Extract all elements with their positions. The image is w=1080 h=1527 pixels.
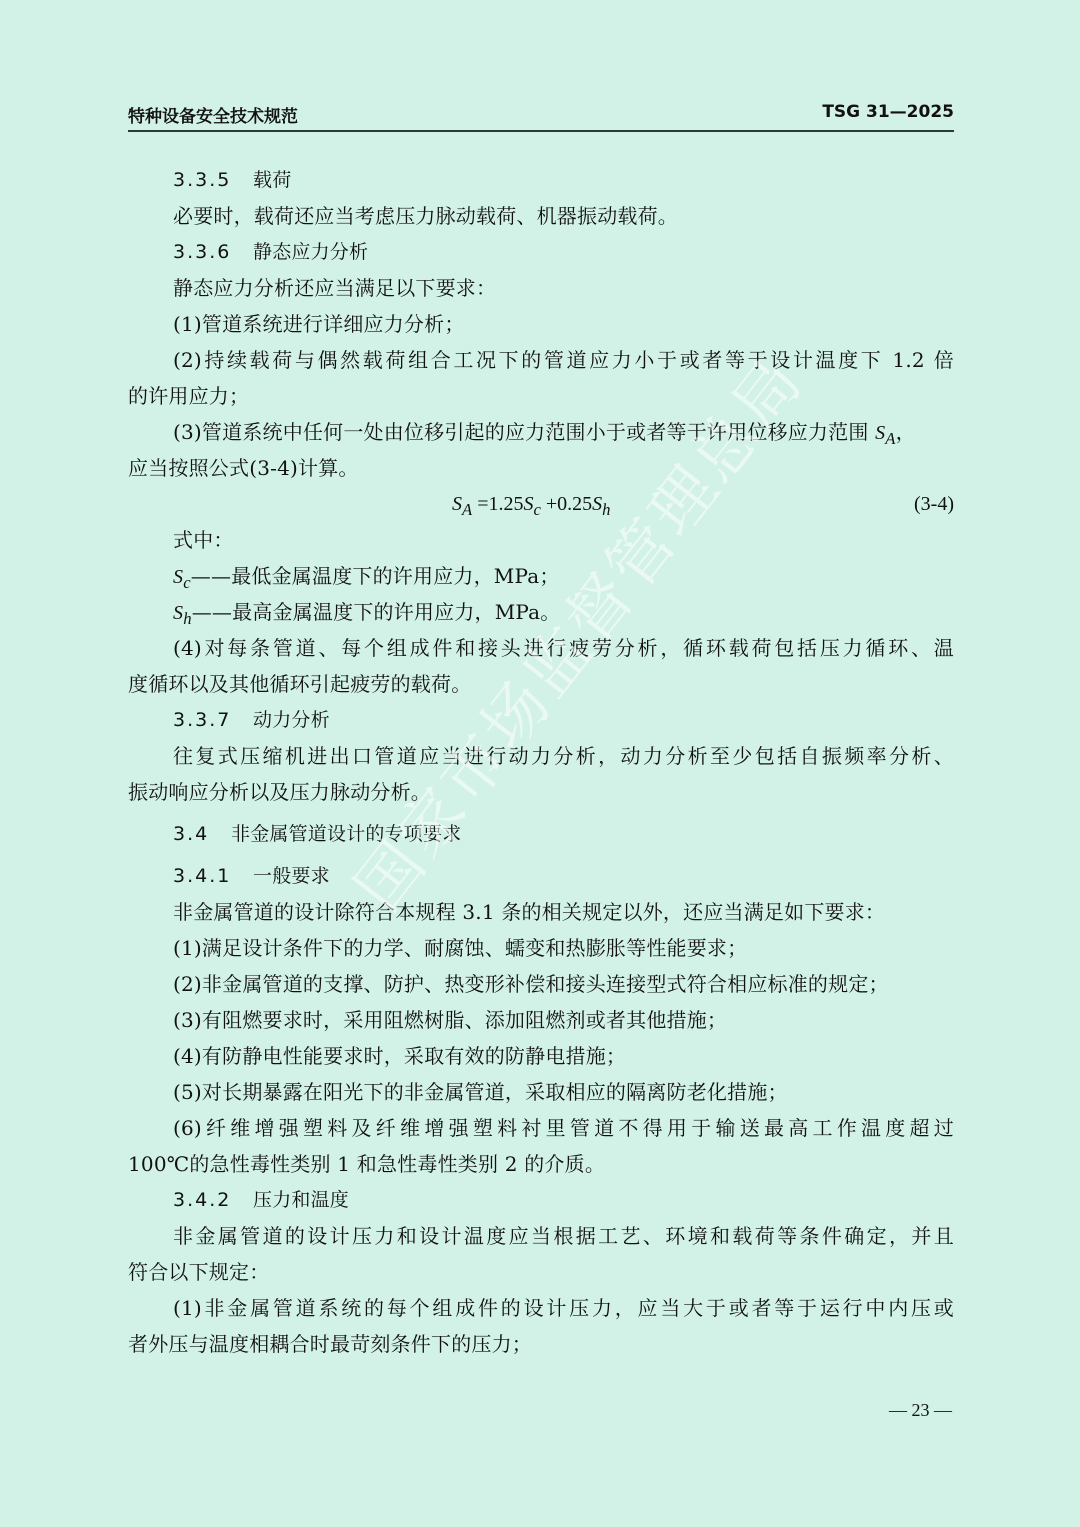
section-heading-3-3-6: 3.3.6静态应力分析 — [128, 234, 954, 270]
page-header: 特种设备安全技术规范 TSG 31—2025 — [128, 102, 954, 132]
list-item: (2)非金属管道的支撑、防护、热变形补偿和接头连接型式符合相应标准的规定； — [128, 966, 954, 1002]
definition-sc: Sc——最低金属温度下的许用应力，MPa； — [128, 558, 954, 594]
list-item: (3)有阻燃要求时，采用阻燃树脂、添加阻燃剂或者其他措施； — [128, 1002, 954, 1038]
list-item: (4)对每条管道、每个组成件和接头进行疲劳分析，循环载荷包括压力循环、温 — [128, 630, 954, 666]
paragraph: 非金属管道的设计压力和设计温度应当根据工艺、环境和载荷等条件确定，并且 — [128, 1218, 954, 1254]
paragraph: 往复式压缩机进出口管道应当进行动力分析，动力分析至少包括自振频率分析、 — [128, 738, 954, 774]
list-item-continuation: 度循环以及其他循环引起疲劳的载荷。 — [128, 666, 954, 702]
header-title: 特种设备安全技术规范 — [128, 102, 298, 127]
section-heading-3-3-7: 3.3.7动力分析 — [128, 702, 954, 738]
header-standard-code: TSG 31—2025 — [822, 102, 954, 122]
page-number: — 23 — — [889, 1400, 952, 1421]
formula-number: (3-4) — [914, 486, 954, 522]
list-item-continuation: 者外压与温度相耦合时最苛刻条件下的压力； — [128, 1326, 954, 1362]
section-heading-3-4-1: 3.4.1一般要求 — [128, 858, 954, 894]
list-item: (1)满足设计条件下的力学、耐腐蚀、蠕变和热膨胀等性能要求； — [128, 930, 954, 966]
list-item: (6)纤维增强塑料及纤维增强塑料衬里管道不得用于输送最高工作温度超过 — [128, 1110, 954, 1146]
section-heading-3-4-2: 3.4.2压力和温度 — [128, 1182, 954, 1218]
document-body: 3.3.5载荷 必要时，载荷还应当考虑压力脉动载荷、机器振动载荷。 3.3.6静… — [128, 162, 954, 1362]
list-item-continuation: 100℃的急性毒性类别 1 和急性毒性类别 2 的介质。 — [128, 1146, 954, 1182]
list-item: (5)对长期暴露在阳光下的非金属管道，采取相应的隔离防老化措施； — [128, 1074, 954, 1110]
section-heading-3-3-5: 3.3.5载荷 — [128, 162, 954, 198]
section-heading-3-4: 3.4非金属管道设计的专项要求 — [128, 816, 954, 852]
paragraph-continuation: 振动响应分析以及压力脉动分析。 — [128, 774, 954, 810]
list-item: (3)管道系统中任何一处由位移引起的应力范围小于或者等于许用位移应力范围 SA， — [128, 414, 954, 450]
list-item: (1)非金属管道系统的每个组成件的设计压力，应当大于或者等于运行中内压或 — [128, 1290, 954, 1326]
list-item: (2)持续载荷与偶然载荷组合工况下的管道应力小于或者等于设计温度下 1.2 倍 — [128, 342, 954, 378]
paragraph: 必要时，载荷还应当考虑压力脉动载荷、机器振动载荷。 — [128, 198, 954, 234]
definition-sh: Sh——最高金属温度下的许用应力，MPa。 — [128, 594, 954, 630]
list-item: (1)管道系统进行详细应力分析； — [128, 306, 954, 342]
list-item-continuation: 的许用应力； — [128, 378, 954, 414]
paragraph-continuation: 符合以下规定： — [128, 1254, 954, 1290]
paragraph: 非金属管道的设计除符合本规程 3.1 条的相关规定以外，还应当满足如下要求： — [128, 894, 954, 930]
list-item-continuation: 应当按照公式(3-4)计算。 — [128, 450, 954, 486]
formula-expression: SA =1.25Sc +0.25Sh — [452, 486, 610, 528]
list-item: (4)有防静电性能要求时，采取有效的防静电措施； — [128, 1038, 954, 1074]
formula-3-4: SA =1.25Sc +0.25Sh (3-4) — [128, 486, 954, 522]
paragraph: 静态应力分析还应当满足以下要求： — [128, 270, 954, 306]
